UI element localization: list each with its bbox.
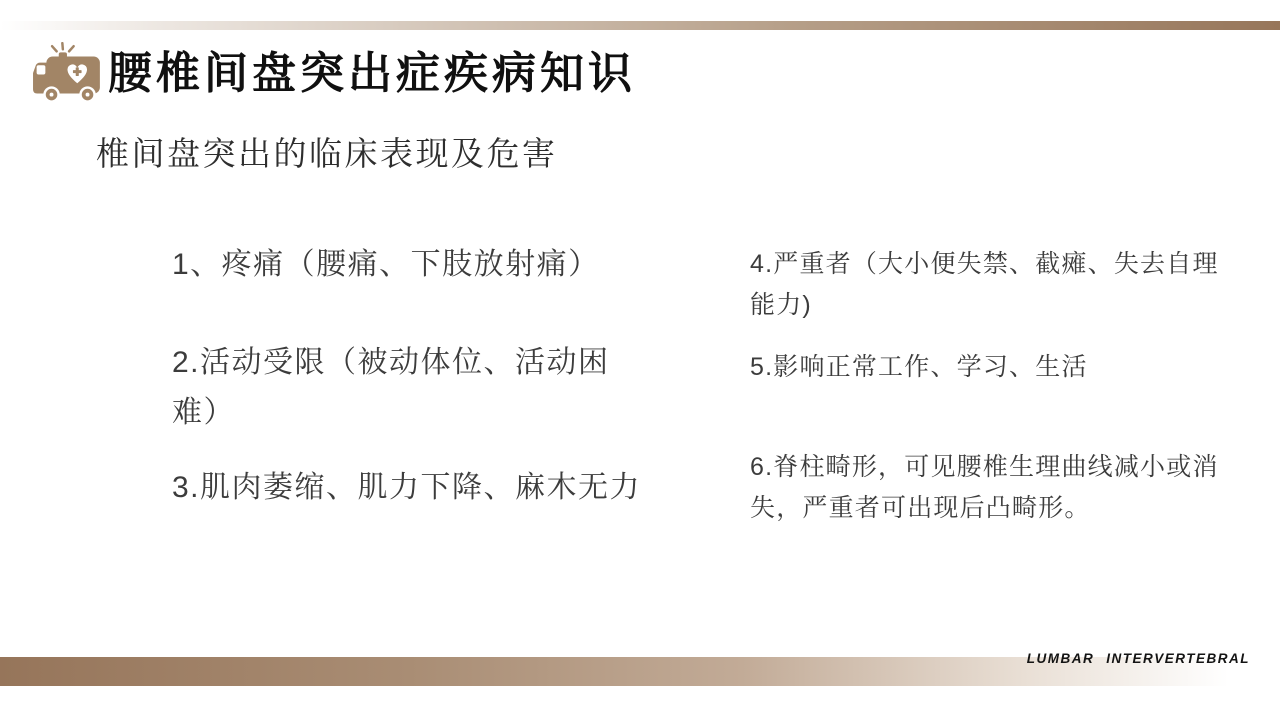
symptom-list-right: 4.严重者（大小便失禁、截瘫、失去自理 能力) 5.影响正常工作、学习、生活 6… xyxy=(750,244,1255,529)
symptom-list-left: 1、疼痛（腰痛、下肢放射痛） 2.活动受限（被动体位、活动困 难） 3.肌肉萎缩… xyxy=(172,240,652,513)
footer-brand-word-intervertebral: INTERVERTEBRAL xyxy=(1106,651,1250,666)
footer-brand: LUMBAR INTERVERTEBRAL xyxy=(1027,651,1250,666)
slide-subtitle: 椎间盘突出的临床表现及危害 xyxy=(96,134,558,174)
top-accent-bar xyxy=(0,21,1280,30)
list-item-muscle-atrophy: 3.肌肉萎缩、肌力下降、麻木无力 xyxy=(172,463,652,513)
footer-brand-word-lumbar: LUMBAR xyxy=(1027,651,1095,666)
ambulance-icon xyxy=(32,42,104,106)
slide: 腰椎间盘突出症疾病知识 椎间盘突出的临床表现及危害 1、疼痛（腰痛、下肢放射痛）… xyxy=(0,0,1280,720)
list-item-spinal-deformity: 6.脊柱畸形，可见腰椎生理曲线减小或消 失，严重者可出现后凸畸形。 xyxy=(750,447,1255,529)
list-item-severe-cases: 4.严重者（大小便失禁、截瘫、失去自理 能力) xyxy=(750,244,1255,326)
page-title: 腰椎间盘突出症疾病知识 xyxy=(108,50,636,98)
list-item-pain: 1、疼痛（腰痛、下肢放射痛） xyxy=(172,240,652,290)
list-item-daily-life-impact: 5.影响正常工作、学习、生活 xyxy=(750,347,1255,388)
list-item-restricted-activity: 2.活动受限（被动体位、活动困 难） xyxy=(172,338,652,438)
